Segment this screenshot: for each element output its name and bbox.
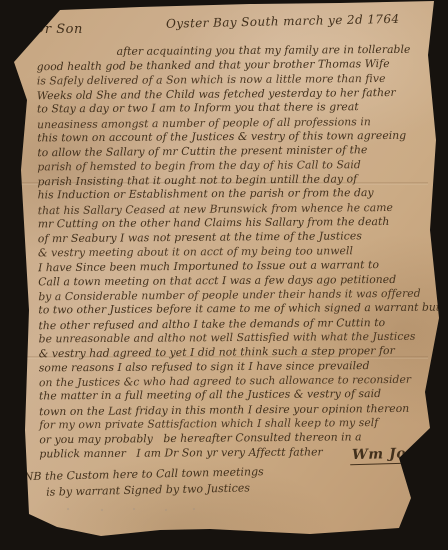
letter-line: town on the Last friday in this month I …	[39, 401, 439, 419]
photo-background: Oyster Bay South march ye 2d 1764 Dr Son…	[0, 0, 448, 550]
letter-body: after acquainting you that my family are…	[37, 43, 440, 462]
signature: Wm Jones	[350, 445, 442, 465]
postscript: NB the Custom here to Call town meetings…	[24, 463, 325, 501]
faint-pencil-mark	[62, 506, 212, 513]
dateline: Oyster Bay South march ye 2d 1764	[166, 11, 426, 30]
letter-paper: Oyster Bay South march ye 2d 1764 Dr Son…	[0, 0, 448, 550]
salutation: Dr Son	[34, 22, 83, 37]
letter-line: the other refused and altho I take the d…	[38, 315, 438, 333]
